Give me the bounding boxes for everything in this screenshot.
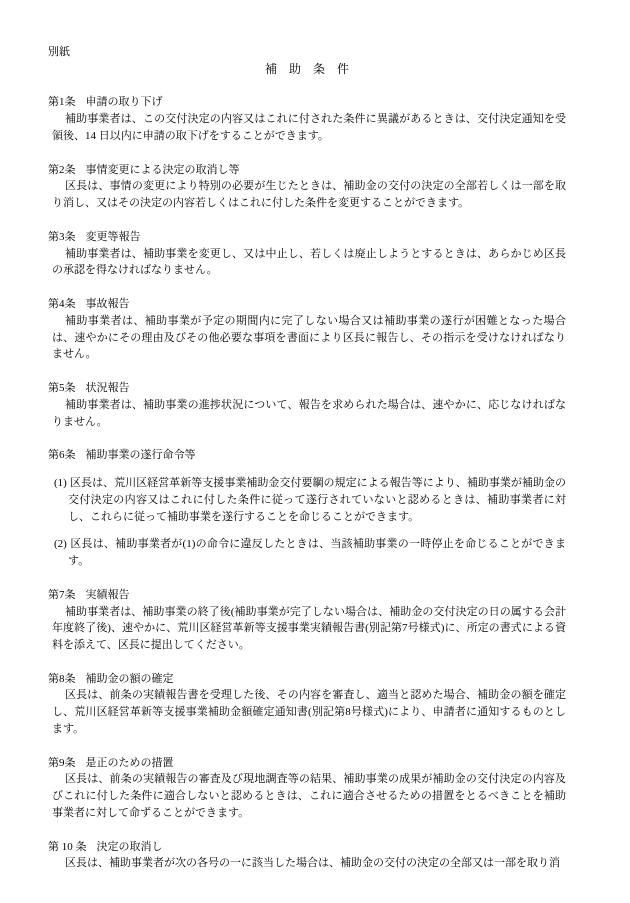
article-6: 第6条補助事業の遂行命令等 (1)区長は、荒川区経営革新等支援事業補助金交付要綱… (48, 447, 566, 570)
article-paragraph: 補助事業者は、補助事業を変更し、又は中止し、若しくは廃止しようとするときは、あら… (48, 246, 566, 280)
article-number: 第9条 (48, 757, 76, 769)
article-9: 第9条是正のための措置 区長は、前条の実績報告の審査及び現地調査等の結果、補助事… (48, 755, 566, 822)
article-paragraph: 区長は、補助事業者が次の各号の一に該当した場合は、補助金の交付の決定の全部又は一… (48, 855, 566, 872)
article-title: 補助金の額の確定 (86, 673, 174, 685)
article-number: 第 10 条 (48, 841, 87, 853)
article-heading: 第4条事故報告 (48, 296, 566, 313)
article-number: 第2条 (48, 164, 76, 176)
article-4: 第4条事故報告 補助事業者は、補助事業が予定の期間内に完了しない場合又は補助事業… (48, 296, 566, 363)
article-heading: 第2条事情変更による決定の取消し等 (48, 162, 566, 179)
article-paragraph: 補助事業者は、補助事業の終了後(補助事業が完了しない場合は、補助金の交付決定の日… (48, 604, 566, 654)
item-text: 区長は、補助事業者が(1)の命令に違反したときは、当該補助事業の一時停止を命じる… (68, 538, 566, 567)
article-title: 状況報告 (86, 382, 130, 394)
article-1: 第1条申請の取り下げ 補助事業者は、この交付決定の内容又はこれに付された条件に異… (48, 94, 566, 144)
article-title: 補助事業の遂行命令等 (86, 449, 196, 461)
article-heading: 第3条変更等報告 (48, 229, 566, 246)
article-number: 第1条 (48, 96, 76, 108)
article-title: 実績報告 (86, 589, 130, 601)
article-heading: 第5条状況報告 (48, 380, 566, 397)
article-paragraph: 区長は、事情の変更により特別の必要が生じたときは、補助金の交付の決定の全部若しく… (48, 178, 566, 212)
article-paragraph: 補助事業者は、補助事業が予定の期間内に完了しない場合又は補助事業の遂行が困難とな… (48, 313, 566, 363)
article-number: 第5条 (48, 382, 76, 394)
article-heading: 第7条実績報告 (48, 587, 566, 604)
article-title: 申請の取り下げ (86, 96, 163, 108)
article-title: 是正のための措置 (86, 757, 174, 769)
article-number: 第7条 (48, 589, 76, 601)
article-3: 第3条変更等報告 補助事業者は、補助事業を変更し、又は中止し、若しくは廃止しよう… (48, 229, 566, 279)
article-heading: 第6条補助事業の遂行命令等 (48, 447, 566, 464)
article-number: 第8条 (48, 673, 76, 685)
article-number: 第6条 (48, 449, 76, 461)
item-text: 区長は、荒川区経営革新等支援事業補助金交付要綱の規定による報告等により、補助事業… (68, 477, 566, 523)
article-title: 決定の取消し (97, 841, 163, 853)
article-heading: 第9条是正のための措置 (48, 755, 566, 772)
item-marker: (1) (54, 475, 70, 492)
article-2: 第2条事情変更による決定の取消し等 区長は、事情の変更により特別の必要が生じたと… (48, 162, 566, 212)
article-8: 第8条補助金の額の確定 区長は、前条の実績報告書を受理した後、その内容を審査し、… (48, 671, 566, 738)
article-paragraph: 区長は、前条の実績報告書を受理した後、その内容を審査し、適当と認めた場合、補助金… (48, 687, 566, 737)
article-paragraph: 補助事業者は、補助事業の進捗状況について、報告を求められた場合は、速やかに、応じ… (48, 397, 566, 431)
article-5: 第5条状況報告 補助事業者は、補助事業の進捗状況について、報告を求められた場合は… (48, 380, 566, 430)
article-10: 第 10 条決定の取消し 区長は、補助事業者が次の各号の一に該当した場合は、補助… (48, 839, 566, 873)
document-title: 補 助 条 件 (48, 61, 566, 78)
document-page: 別紙 補 助 条 件 第1条申請の取り下げ 補助事業者は、この交付決定の内容又は… (0, 0, 630, 903)
article-heading: 第 10 条決定の取消し (48, 839, 566, 856)
article-title: 事故報告 (86, 298, 130, 310)
article-7: 第7条実績報告 補助事業者は、補助事業の終了後(補助事業が完了しない場合は、補助… (48, 587, 566, 654)
article-heading: 第8条補助金の額の確定 (48, 671, 566, 688)
article-paragraph: 区長は、前条の実績報告の審査及び現地調査等の結果、補助事業の成果が補助金の交付決… (48, 771, 566, 821)
article-item: (2)区長は、補助事業者が(1)の命令に違反したときは、当該補助事業の一時停止を… (48, 536, 566, 570)
article-number: 第4条 (48, 298, 76, 310)
article-item-list: (1)区長は、荒川区経営革新等支援事業補助金交付要綱の規定による報告等により、補… (48, 475, 566, 570)
attachment-label: 別紙 (48, 44, 566, 61)
article-item: (1)区長は、荒川区経営革新等支援事業補助金交付要綱の規定による報告等により、補… (48, 475, 566, 525)
article-title: 変更等報告 (86, 231, 141, 243)
article-paragraph: 補助事業者は、この交付決定の内容又はこれに付された条件に異議があるときは、交付決… (48, 111, 566, 145)
article-title: 事情変更による決定の取消し等 (86, 164, 240, 176)
item-marker: (2) (54, 536, 70, 553)
article-number: 第3条 (48, 231, 76, 243)
article-heading: 第1条申請の取り下げ (48, 94, 566, 111)
